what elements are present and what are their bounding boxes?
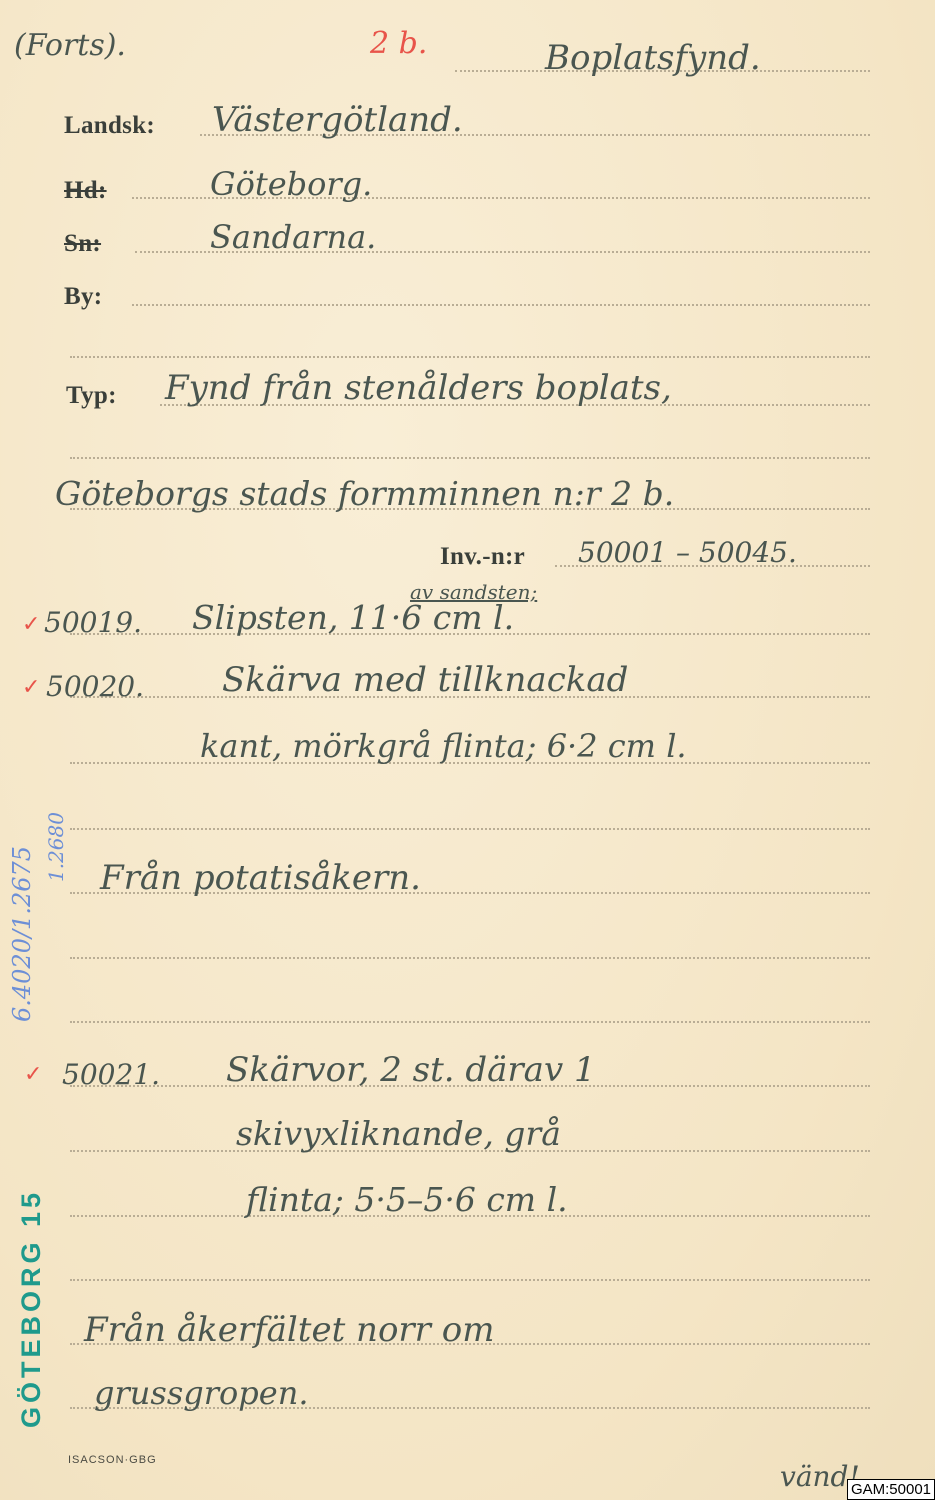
checkmark-icon: ✓ xyxy=(22,675,40,700)
field-value-landsk: Västergötland. xyxy=(212,100,463,140)
field-value-sn: Sandarna. xyxy=(210,218,376,256)
location-note: Från potatisåkern. xyxy=(100,858,421,898)
checkmark-icon: ✓ xyxy=(24,1062,42,1087)
location-note: Från åkerfältet norr om xyxy=(84,1310,494,1350)
catalog-card: (Forts). 2 b. Boplatsfynd. Landsk: Väste… xyxy=(0,0,935,1500)
category-title: Boplatsfynd. xyxy=(545,38,761,78)
inventory-range: 50001 – 50045. xyxy=(578,536,797,569)
rule-line xyxy=(70,957,870,959)
rule-line xyxy=(70,1279,870,1281)
margin-note-blue: 6.4020/1.2675 xyxy=(8,846,36,1022)
entry-description: Skärva med tillknackad xyxy=(222,660,628,700)
entry-description: Slipsten, 11·6 cm l. xyxy=(192,598,514,637)
entry-number: 50019. xyxy=(44,606,142,639)
entry-number: 50020. xyxy=(46,670,144,703)
entry-description: kant, mörkgrå flinta; 6·2 cm l. xyxy=(200,727,687,765)
rule-line xyxy=(70,828,870,830)
inventory-label: Inv.-n:r xyxy=(440,543,525,571)
field-value-hd: Göteborg. xyxy=(210,165,372,203)
typ-value-line2: Göteborgs stads formminnen n:r 2 b. xyxy=(55,474,674,513)
rule-line xyxy=(70,457,870,459)
field-label-landsk: Landsk: xyxy=(64,112,155,140)
card-number: 2 b. xyxy=(370,26,427,61)
printer-mark: ISACSON·GBG xyxy=(68,1454,157,1466)
entry-description: flinta; 5·5–5·6 cm l. xyxy=(246,1180,568,1219)
rule-line xyxy=(132,304,870,306)
typ-label: Typ: xyxy=(66,382,117,410)
margin-note-blue: 1.2680 xyxy=(44,812,68,882)
entry-description: Skärvor, 2 st. därav 1 xyxy=(226,1050,596,1090)
catalog-id-label: GAM:50001 xyxy=(847,1479,935,1500)
rule-line xyxy=(70,1021,870,1023)
entry-description: skivyxliknande, grå xyxy=(236,1114,561,1153)
entry-number: 50021. xyxy=(62,1058,160,1091)
field-label-hd: Hd: xyxy=(64,177,107,205)
checkmark-icon: ✓ xyxy=(22,612,40,637)
goteborg-stamp: GÖTEBORG 15 xyxy=(16,1189,47,1428)
typ-value-line1: Fynd från stenålders boplats, xyxy=(165,368,672,408)
location-note: grussgropen. xyxy=(94,1374,308,1412)
field-label-by: By: xyxy=(64,283,102,311)
continuation-note: (Forts). xyxy=(14,28,126,63)
rule-line xyxy=(70,356,870,358)
field-label-sn: Sn: xyxy=(64,230,101,258)
